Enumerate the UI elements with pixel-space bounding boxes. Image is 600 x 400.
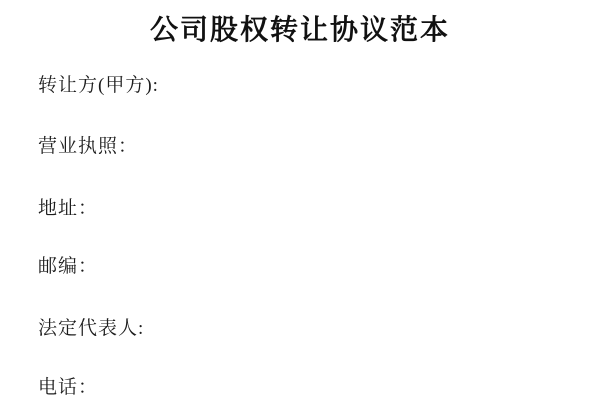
document-title: 公司股权转让协议范本 — [0, 8, 600, 48]
field-label-address: 地址： — [38, 193, 98, 220]
field-label-legal-representative: 法定代表人: — [38, 313, 144, 340]
field-label-postal-code: 邮编： — [38, 251, 98, 278]
field-label-transferor-party-a: 转让方(甲方): — [38, 70, 159, 97]
field-label-phone: 电话： — [38, 372, 98, 399]
document-page: 公司股权转让协议范本 转让方(甲方): 营业执照： 地址： 邮编： 法定代表人:… — [0, 0, 600, 400]
field-label-business-license: 营业执照： — [38, 131, 138, 158]
